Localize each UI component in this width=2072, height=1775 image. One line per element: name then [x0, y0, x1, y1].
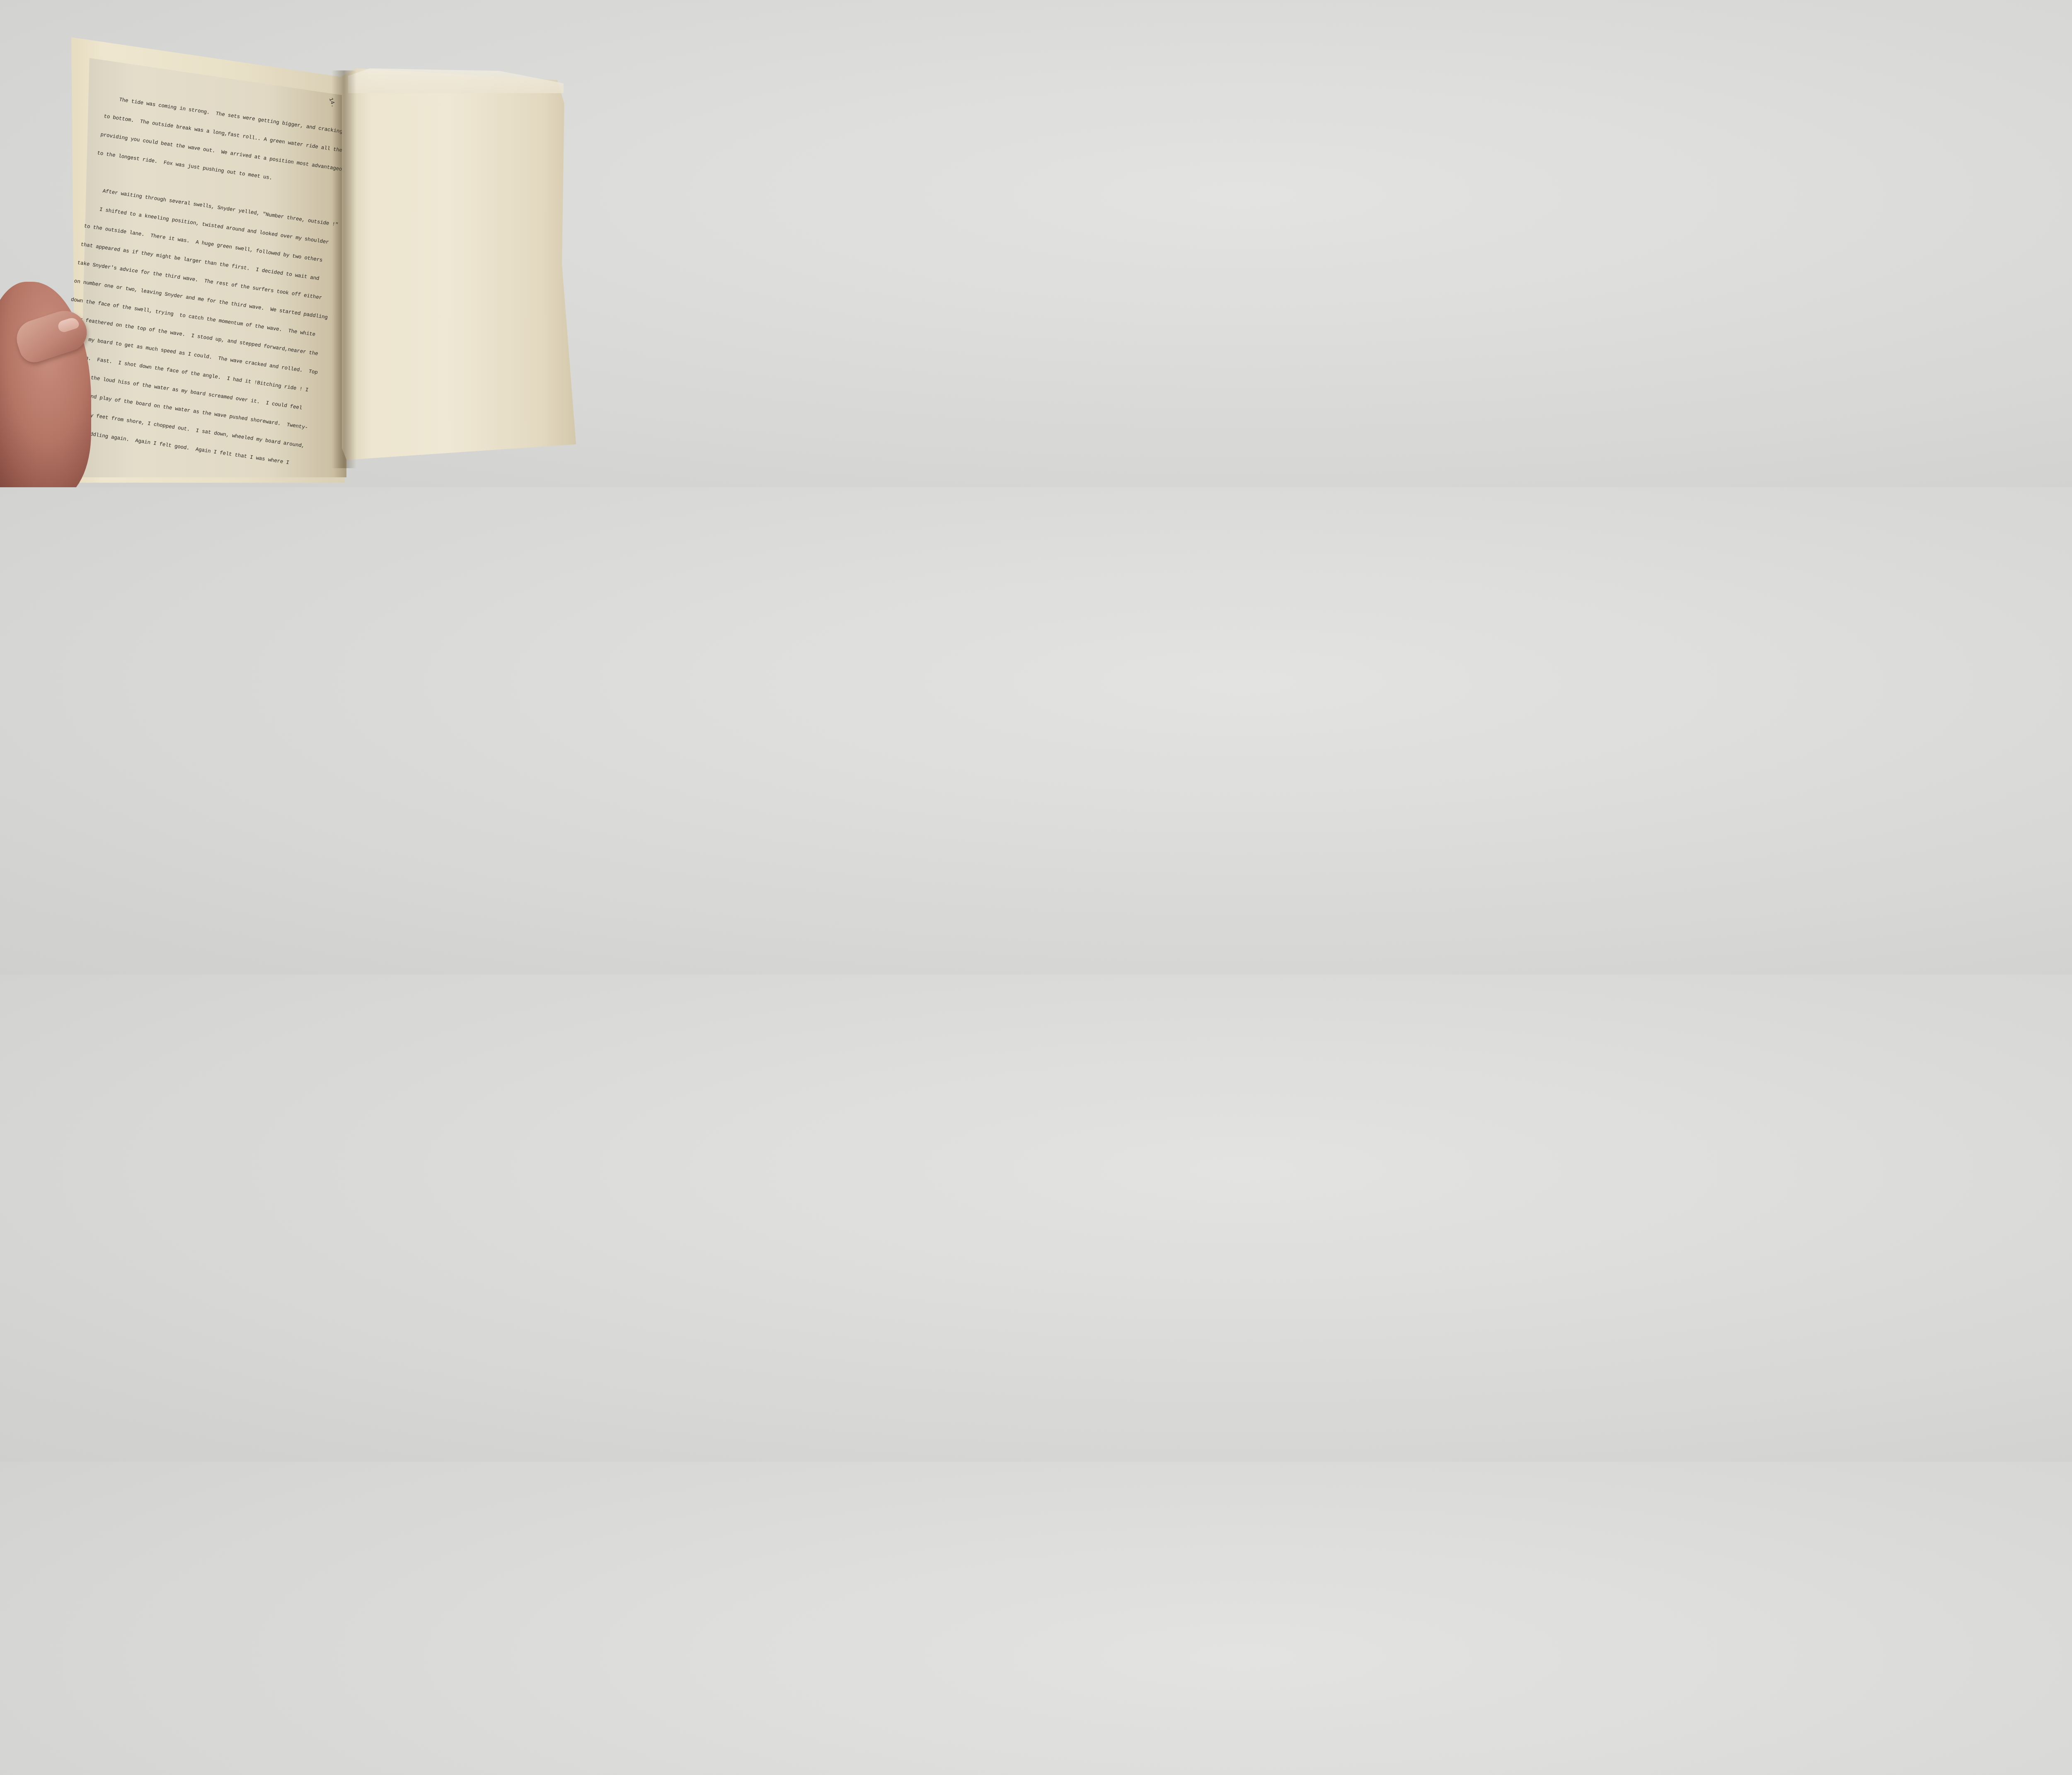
text-line: take Snyder's advice for the third wave.… — [77, 260, 307, 299]
text-line: down the face of the swell, trying to ca… — [70, 297, 301, 336]
text-line: on number one or two, leaving Snyder and… — [73, 278, 304, 318]
right-page-curled-edge — [348, 68, 564, 93]
right-blank-page — [342, 68, 576, 460]
text-line: that appeared as if they might be larger… — [80, 242, 311, 281]
text-line: I shifted to a kneeling position, twiste… — [87, 205, 317, 244]
text-line: nose of my board to get as much speed as… — [64, 334, 295, 373]
open-booklet: The tide was coming in strong. The sets … — [0, 0, 650, 487]
text-line: to bottom. The outside break was a long,… — [103, 114, 334, 153]
book-gutter-shadow — [332, 70, 356, 468]
text-line: water feathered on the top of the wave. … — [67, 315, 298, 354]
text-line: to bottom. Fast. I shot down the face of… — [61, 352, 291, 391]
text-line: could hear the loud hiss of the water as… — [57, 370, 288, 409]
text-line: providing you could beat the wave out. W… — [100, 132, 331, 171]
text-line: to the outside lane. There it was. A hug… — [83, 223, 314, 263]
